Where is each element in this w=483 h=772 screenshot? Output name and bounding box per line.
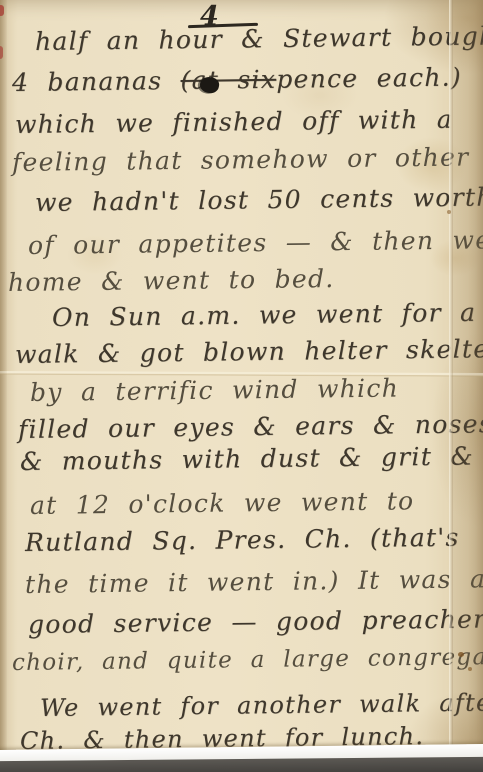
- handwritten-line: filled our eyes & ears & noses: [18, 409, 483, 444]
- line-segment: 4 bananas: [12, 66, 181, 97]
- red-ink-speck: [0, 5, 4, 16]
- stain-speck: [447, 210, 451, 214]
- handwritten-line: On Sun a.m. we went for a: [52, 298, 477, 332]
- page-right-edge: [453, 0, 483, 772]
- handwritten-line: by a terrific wind which: [30, 373, 399, 407]
- handwritten-line: which we finished off with a: [15, 105, 453, 139]
- handwritten-line: half an hour & Stewart bought: [35, 21, 483, 56]
- handwritten-line: at 12 o'clock we went to: [30, 486, 415, 520]
- stain-speck: [468, 667, 472, 671]
- handwritten-line: good service — good preacher &: [28, 604, 483, 639]
- handwritten-line: We went for another walk after: [40, 688, 483, 722]
- red-ink-speck: [0, 46, 3, 59]
- diary-page: 4 half an hour & Stewart bought 4 banana…: [0, 0, 483, 772]
- line-segment: pence each.): [276, 63, 462, 94]
- handwritten-line: walk & got blown helter skelter: [15, 334, 483, 369]
- handwritten-line: feeling that somehow or other: [12, 142, 470, 177]
- handwritten-line: choir, and quite a large congregation.: [12, 643, 483, 676]
- struck-text: (at six: [180, 65, 276, 95]
- handwritten-line: we hadn't lost 50 cents worth: [35, 182, 483, 217]
- stain-speck: [458, 652, 464, 657]
- handwritten-line: Rutland Sq. Pres. Ch. (that's: [25, 523, 460, 557]
- handwritten-line: 4 bananas (at sixpence each.): [12, 63, 462, 97]
- page-left-edge: [0, 0, 7, 772]
- handwritten-line: of our appetites — & then we went: [28, 224, 483, 260]
- handwritten-line: home & went to bed.: [8, 264, 335, 297]
- handwritten-line: the time it went in.) It was a: [25, 564, 483, 599]
- handwritten-line: & mouths with dust & grit &: [20, 441, 474, 476]
